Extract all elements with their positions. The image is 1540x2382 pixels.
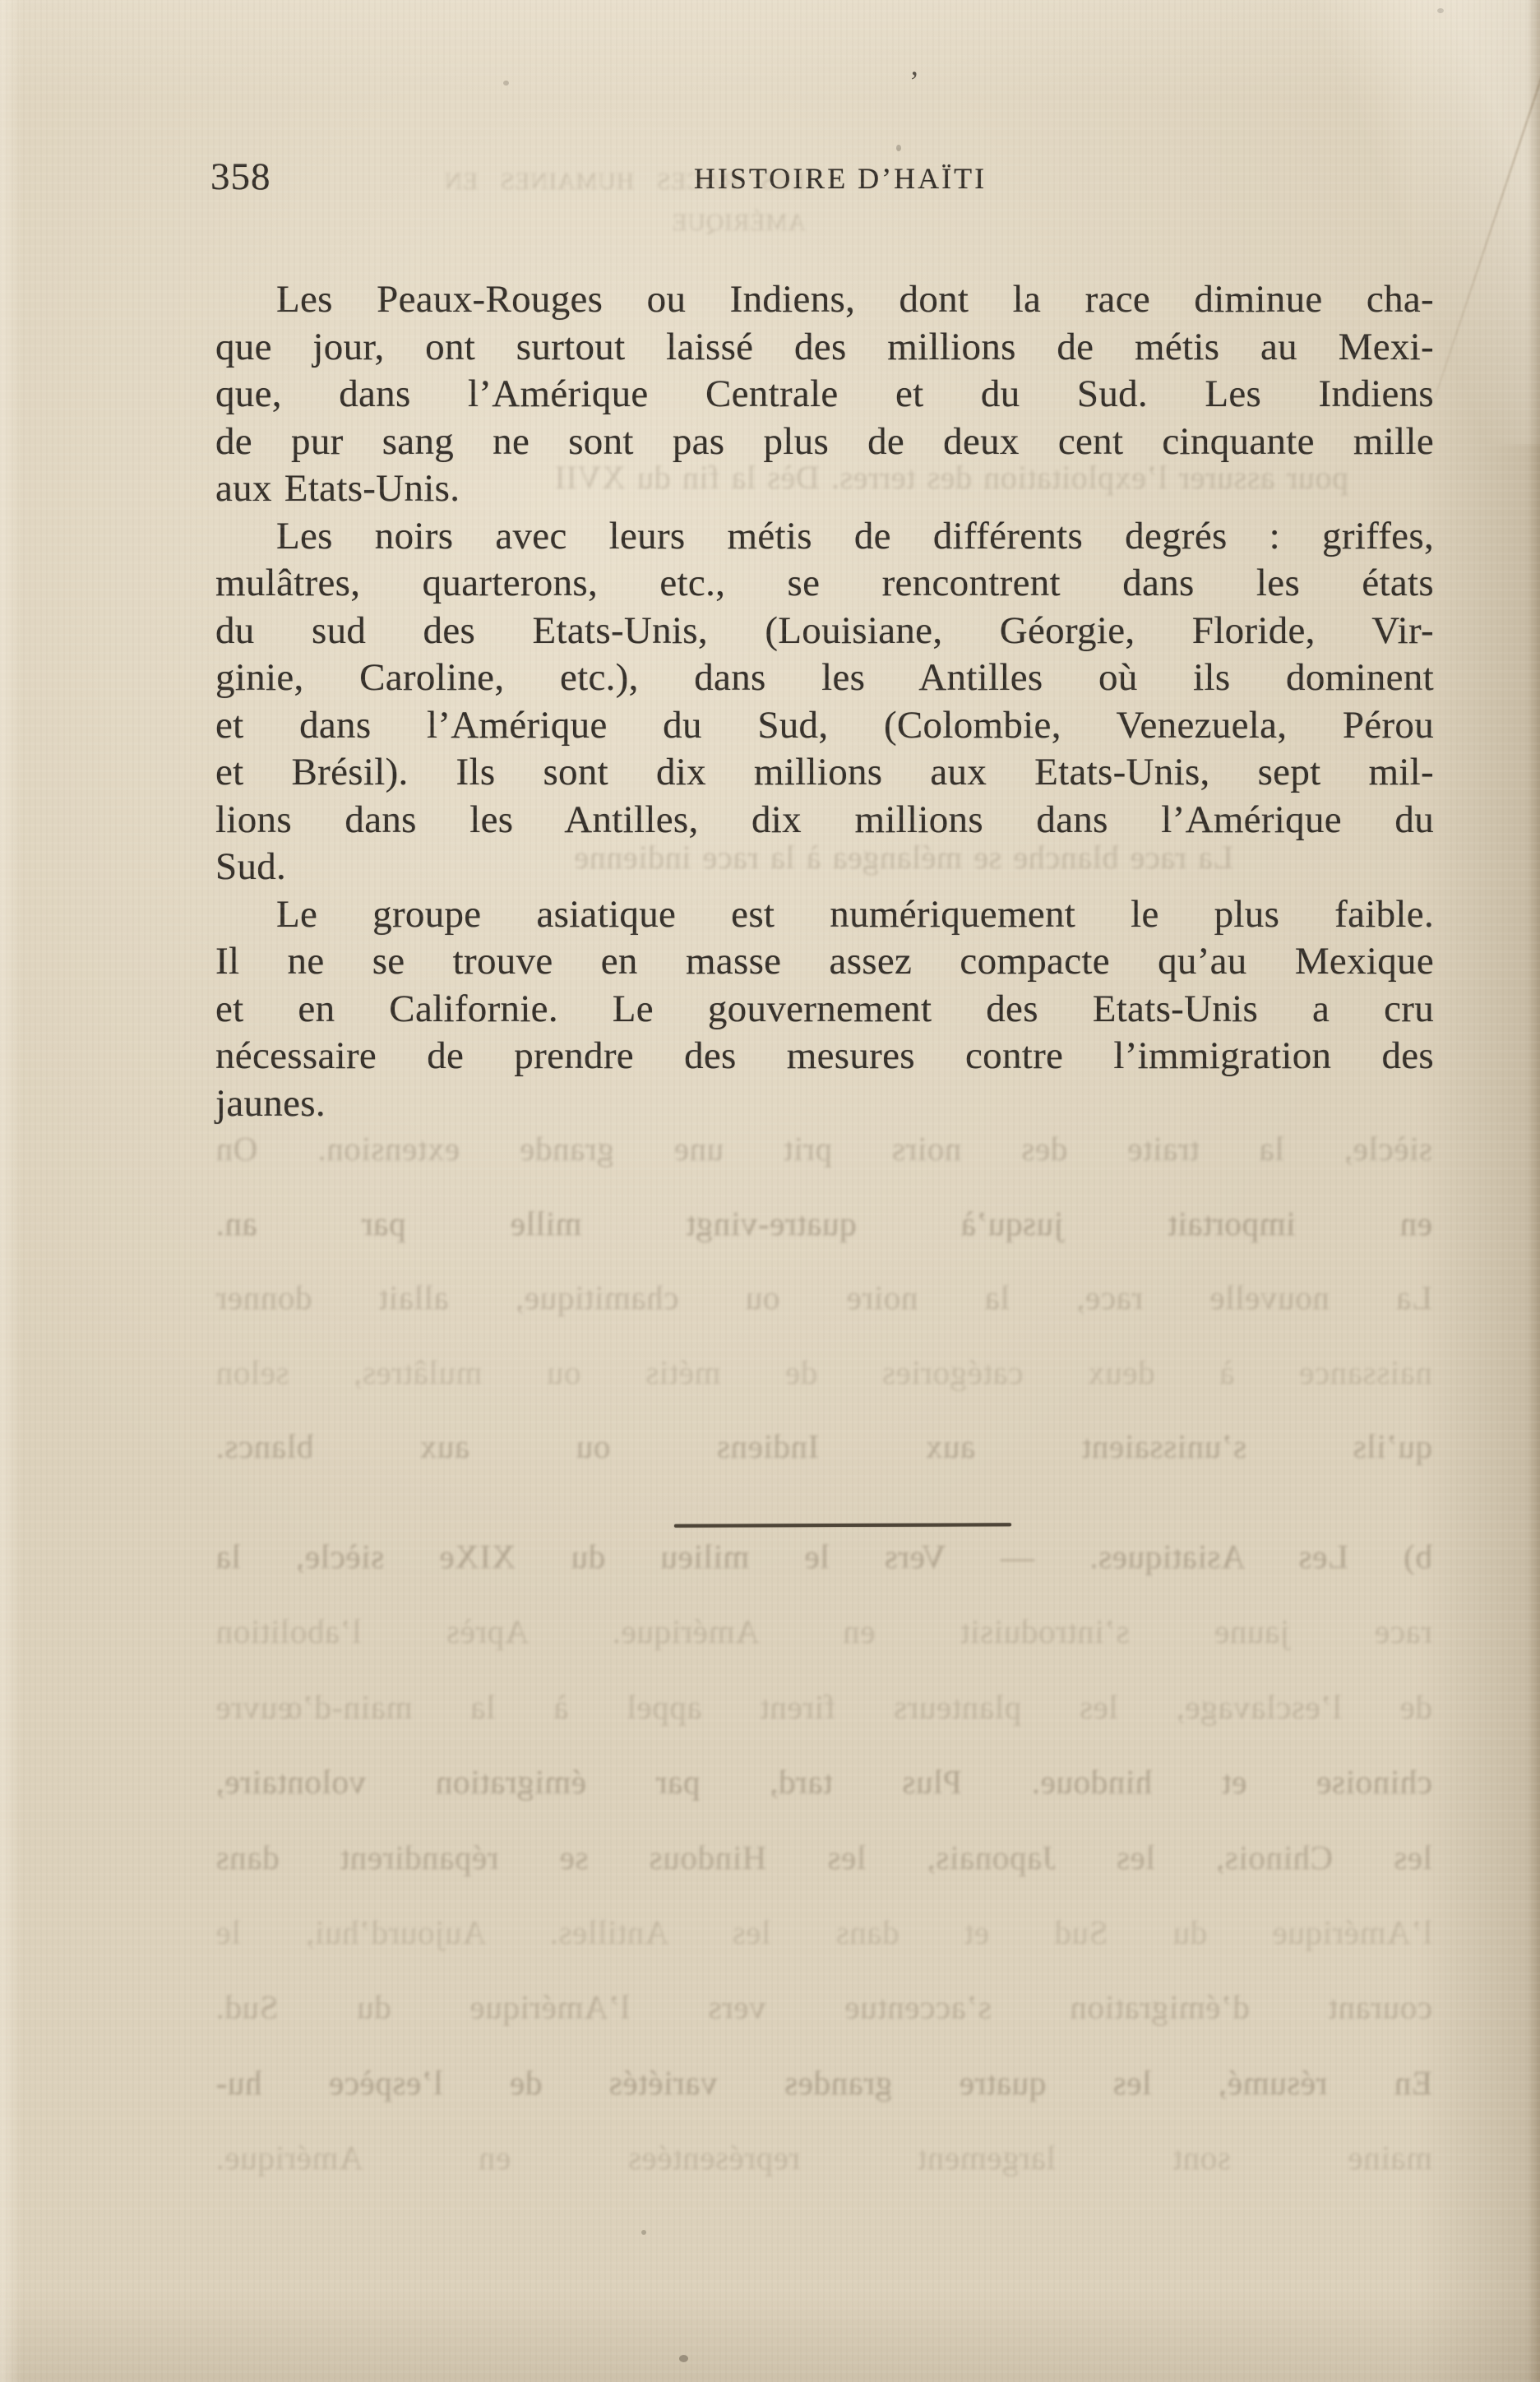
text-line: que, dans l’Amérique Centrale et du Sud.…: [215, 371, 1434, 417]
text-line: Les noirs avec leurs métis de différents…: [276, 513, 1434, 559]
text-line: que jour, ont surtout laissé des million…: [215, 324, 1434, 370]
text-line: et dans l’Amérique du Sud, (Colombie, Ve…: [215, 702, 1434, 748]
text-line: et en Californie. Le gouvernement des Et…: [215, 986, 1434, 1032]
text-line: Il ne se trouve en masse assez compacte …: [215, 938, 1434, 984]
bleedthrough-line: siècle, la traite des noirs prit une gra…: [215, 1128, 1432, 1169]
text-line: Le groupe asiatique est numériquement le…: [276, 891, 1434, 937]
bleedthrough-line: maine sont largement représentées en Amé…: [215, 2137, 1432, 2178]
bleedthrough-line: qu’ils s’unissaient aux Indiens ou aux b…: [215, 1426, 1432, 1467]
crease-line: [1435, 44, 1540, 397]
text-line: nécessaire de prendre des mesures contre…: [215, 1033, 1434, 1079]
text-line: ginie, Caroline, etc.), dans les Antille…: [215, 654, 1434, 701]
ink-speck: [896, 145, 901, 151]
bleedthrough-line: les Chinois, les Japonais, les Hindous s…: [215, 1837, 1432, 1878]
text-line: de pur sang ne sont pas plus de deux cen…: [215, 419, 1434, 465]
bleedthrough-line: chinoise et hindoue. Plus tard, par émig…: [215, 1761, 1432, 1802]
text-line: mulâtres, quarterons, etc., se rencontre…: [215, 560, 1434, 606]
running-header: 358 HISTOIRE D’HAÏTI: [0, 155, 1540, 204]
bleedthrough-line: l’Amérique du Sud et dans les Antilles. …: [215, 1912, 1432, 1953]
page-number: 358: [210, 155, 271, 199]
text-line: Les Peaux-Rouges ou Indiens, dont la rac…: [276, 276, 1434, 322]
bleedthrough-line: courant d’émigration s’accentue vers l’A…: [215, 1987, 1432, 2028]
page-edge-shadow: [1527, 0, 1540, 2382]
text-line: jaunes.: [215, 1080, 1434, 1126]
bleedthrough-line: En résumé, les quatre grandes variétés d…: [215, 2062, 1432, 2103]
text-line: du sud des Etats-Unis, (Louisiane, Géorg…: [215, 608, 1434, 654]
text-line: et Brésil). Ils sont dix millions aux Et…: [215, 749, 1434, 795]
bleedthrough-line: La nouvelle race, la noire ou chamitique…: [215, 1277, 1432, 1318]
ink-speck: [503, 81, 509, 86]
section-divider-rule: [674, 1523, 1011, 1527]
bleedthrough-line: race jaune s’introduisit en Amérique. Ap…: [215, 1611, 1432, 1652]
scanned-book-page: { "page": { "number": "358", "running_ti…: [0, 0, 1540, 2382]
running-header-title: HISTOIRE D’HAÏTI: [655, 161, 1025, 196]
ink-speck: [641, 2230, 646, 2235]
bleedthrough-line: b) Les Asiatiques. — Vers le milieu du X…: [215, 1536, 1432, 1577]
text-line: aux Etats-Unis.: [215, 465, 1434, 511]
ink-speck: [1437, 8, 1444, 13]
ink-speck: [679, 2355, 688, 2362]
text-line: lions dans les Antilles, dix millions da…: [215, 797, 1434, 843]
bleedthrough-line: de l’esclavage, les planteurs firent app…: [215, 1686, 1432, 1728]
apostrophe-mark: ’: [909, 64, 919, 99]
text-line: Sud.: [215, 844, 1434, 890]
bleedthrough-line: naissance à deux catégories de métis ou …: [215, 1352, 1432, 1393]
bleedthrough-line: en importait jusqu’à quatre-vingt mille …: [215, 1203, 1432, 1244]
